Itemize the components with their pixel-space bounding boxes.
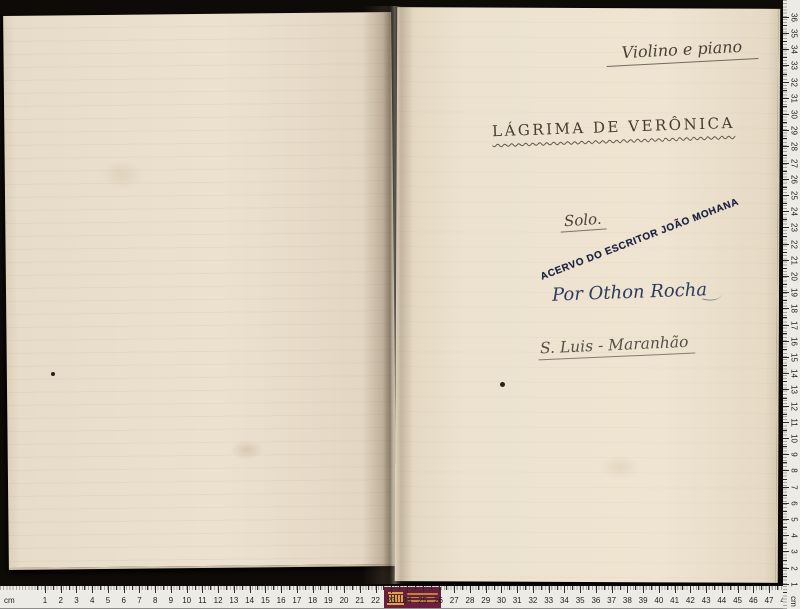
ruler-tick [783,543,787,544]
ruler-tick [313,586,314,593]
ruler-tick [783,389,789,390]
ruler-tick [651,586,652,590]
ruler-number: 4 [90,596,94,605]
ruler-number: 12 [790,399,799,413]
ruler-number: 5 [790,513,799,527]
ruler-number: 25 [418,596,427,605]
ruler-number: 21 [790,253,799,267]
ruler-tick [783,341,789,342]
ruler-number: 42 [686,596,695,605]
ruler-tick [783,106,787,107]
ruler-tick [132,586,133,590]
ink-dot [500,382,505,387]
ruler-tick [783,163,789,164]
ruler-tick [783,284,787,285]
ruler-tick [682,586,683,590]
ruler-tick [783,292,789,293]
ruler-number: 10 [790,432,799,446]
ruler-number: 29 [790,124,799,138]
ruler-tick [320,586,321,590]
ruler-tick [612,586,613,593]
ruler-number: 25 [790,189,799,203]
ruler-tick [61,586,62,593]
ruler-tick [783,446,787,447]
ruler-tick [761,586,762,590]
ruler-tick [783,17,789,18]
ruler-tick [659,586,660,593]
ruler-number: 10 [182,596,191,605]
ruler-tick [783,227,789,228]
ruler-tick [202,586,203,593]
ruler-horizontal: cm 1234567891011121314151617181920212223… [0,586,783,609]
ruler-tick [783,462,787,463]
ruler-tick [783,535,789,536]
ruler-tick [163,586,164,590]
ruler-tick [783,211,789,212]
ruler-tick [557,586,558,590]
ruler-tick [580,586,581,593]
ruler-tick [289,586,290,590]
ruler-tick [352,586,353,590]
ruler-number: 14 [245,596,254,605]
ruler-tick [45,586,46,593]
ruler-number: 35 [576,596,585,605]
ruler-tick [783,511,787,512]
ruler-number: 28 [466,596,475,605]
ruler-tick [454,586,455,593]
ruler-number: 4 [790,529,799,543]
ruler-tick [147,586,148,590]
ruler-tick [783,219,787,220]
ruler-number: 18 [308,596,317,605]
ruler-number: 27 [450,596,459,605]
ruler-number: 46 [749,596,758,605]
ruler-tick [783,98,789,99]
ruler-number: 6 [790,496,799,510]
ruler-tick [423,586,424,593]
ruler-tick [783,179,789,180]
ruler-number: 29 [481,596,490,605]
ruler-tick [769,586,770,593]
ruler-tick [360,586,361,593]
ruler-tick [783,349,787,350]
ruler-tick [698,586,699,590]
ruler-number: 9 [169,596,173,605]
ruler-number: 14 [790,367,799,381]
ruler-tick [783,244,789,245]
ruler-tick [627,586,628,593]
ruler-number: 30 [790,108,799,122]
ruler-tick [344,586,345,593]
ruler-tick [297,586,298,593]
ruler-tick [431,586,432,590]
ruler-tick [171,586,172,593]
ruler-number: 13 [790,383,799,397]
ruler-tick [462,586,463,590]
ruler-tick [415,586,416,590]
ruler-tick [139,586,140,593]
ruler-tick [783,25,787,26]
ruler-number: 2 [59,596,63,605]
ruler-tick [675,586,676,593]
ruler-tick [783,74,787,75]
ruler-tick [525,586,526,590]
ruler-tick [783,495,787,496]
ruler-tick [783,381,787,382]
ruler-tick [783,65,789,66]
ruler-number: 1 [43,596,47,605]
ruler-tick [783,438,789,439]
ruler-tick [783,90,787,91]
ruler-tick [76,586,77,593]
ruler-tick [783,519,789,520]
ruler-number: 22 [371,596,380,605]
ruler-tick [195,586,196,590]
ruler-tick [706,586,707,593]
ruler-number: 6 [121,596,125,605]
ruler-tick [783,82,789,83]
ruler-tick [783,130,789,131]
ruler-number: 7 [790,480,799,494]
ruler-number: 1 [790,577,799,591]
ruler-number: 41 [670,596,679,605]
ruler-number: 19 [324,596,333,605]
ruler-number: 32 [790,75,799,89]
ruler-tick [722,586,723,593]
ruler-tick [572,586,573,590]
ruler-number: 23 [790,221,799,235]
solo-note: Solo. [559,209,606,232]
ruler-number: 2 [790,561,799,575]
ruler-tick [783,195,789,196]
ruler-number: 11 [790,415,799,429]
ruler-tick [494,586,495,590]
ruler-tick [783,422,789,423]
ruler-number: 34 [560,596,569,605]
ruler-tick [783,300,787,301]
ruler-number: 43 [702,596,711,605]
ruler-tick [210,586,211,590]
ink-dot [51,372,55,376]
ruler-number: 31 [790,91,799,105]
ruler-tick [53,586,54,590]
ruler-tick [533,586,534,593]
ruler-tick [69,586,70,590]
ruler-number: 13 [229,596,238,605]
ruler-number: 28 [790,140,799,154]
ruler-number: 3 [790,545,799,559]
ruler-number: 16 [277,596,286,605]
ruler-number: 33 [544,596,553,605]
ruler-number: 45 [733,596,742,605]
ruler-tick [620,586,621,590]
ruler-tick [783,203,787,204]
ruler-number: 17 [292,596,301,605]
ruler-tick [265,586,266,593]
ruler-number: 40 [654,596,663,605]
ruler-tick [604,586,605,590]
ruler-tick [549,586,550,593]
ruler-number: 5 [106,596,110,605]
ruler-tick [234,586,235,593]
ruler-tick [783,276,789,277]
ruler-tick [391,586,392,593]
ruler-number: 24 [790,205,799,219]
ruler-tick [783,146,789,147]
ruler-number: 19 [790,286,799,300]
ruler-tick [783,333,787,334]
ruler-tick [273,586,274,590]
ruler-tick [783,260,789,261]
ruler-tick [446,586,447,590]
ruler-tick [218,586,219,593]
ruler-tick [383,586,384,590]
ruler-tick [783,236,787,237]
ruler-tick [783,155,787,156]
ruler-number: 34 [790,43,799,57]
ruler-tick [783,268,787,269]
ruler-tick [667,586,668,590]
ruler-tick [92,586,93,593]
ruler-tick [730,586,731,590]
ruler-number: 39 [639,596,648,605]
ruler-number: 16 [790,334,799,348]
ruler-number: 22 [790,237,799,251]
ruler-tick [783,592,787,593]
ruler-tick [783,470,789,471]
ruler-tick [509,586,510,590]
ruler-tick [783,357,789,358]
ruler-tick [783,414,787,415]
ruler-number: 27 [790,156,799,170]
ruler-tick [643,586,644,593]
ruler-tick [155,586,156,593]
ruler-tick [783,138,787,139]
ruler-tick [783,308,789,309]
ruler-number: 26 [434,596,443,605]
ruler-tick [250,586,251,593]
ruler-tick [399,586,400,590]
ruler-number: 36 [591,596,600,605]
ruler-unit-label: cm [4,596,15,605]
ruler-tick [783,551,789,552]
ruler-tick [783,398,787,399]
ruler-tick [517,586,518,593]
ruler-tick [783,527,787,528]
ruler-number: 3 [74,596,78,605]
ruler-tick [242,586,243,590]
ruler-number: 15 [790,351,799,365]
ruler-number: 18 [790,302,799,316]
ruler-tick [783,454,789,455]
ruler-tick [745,586,746,590]
ruler-tick [37,586,38,590]
ruler-tick [783,430,787,431]
ruler-tick [407,586,408,593]
ruler-number: 11 [198,596,206,605]
ruler-number: 7 [137,596,141,605]
ruler-tick [783,503,789,504]
ruler-tick [783,365,787,366]
ruler-tick [690,586,691,593]
ruler-tick [783,122,787,123]
ruler-tick [84,586,85,590]
ruler-tick [257,586,258,590]
ruler-tick [124,586,125,593]
ruler-number: 23 [387,596,396,605]
ruler-tick [439,586,440,593]
ruler-tick [783,406,789,407]
ruler-vertical: cm 1234567891011121314151617181920212223… [783,0,800,609]
ruler-number: 21 [355,596,364,605]
ruler-tick [783,576,787,577]
ruler-number: 31 [513,596,522,605]
ruler-tick [783,325,789,326]
ruler-number: 24 [403,596,412,605]
ruler-number: 17 [790,318,799,332]
ruler-tick [738,586,739,593]
ruler-tick [564,586,565,593]
ruler-number: 32 [528,596,537,605]
ruler-tick [501,586,502,593]
ruler-tick [328,586,329,593]
ruler-tick [478,586,479,590]
ruler-number: 30 [497,596,506,605]
ruler-tick [714,586,715,590]
ruler-tick [783,584,789,585]
ruler-number: 36 [790,10,799,24]
book-page-left [3,12,397,570]
ruler-tick [783,479,787,480]
ruler-number: 38 [623,596,632,605]
ruler-tick [783,252,787,253]
ruler-tick [783,317,787,318]
ruler-tick [108,586,109,593]
ruler-tick [783,373,789,374]
ruler-tick [541,586,542,590]
ruler-number: 15 [261,596,270,605]
ruler-number: 47 [765,596,774,605]
ruler-tick [596,586,597,593]
ruler-number: 9 [790,448,799,462]
ruler-number: 12 [214,596,223,605]
ruler-tick [179,586,180,590]
ruler-tick [368,586,369,590]
ruler-number: 37 [607,596,616,605]
ruler-tick [783,57,787,58]
ruler-number: 20 [340,596,349,605]
ruler-tick [783,560,787,561]
ruler-tick [783,487,789,488]
ruler-number: 20 [790,270,799,284]
ruler-tick [783,49,789,50]
ruler-tick [100,586,101,590]
ruler-tick [116,586,117,590]
ruler-number: 33 [790,59,799,73]
ruler-tick [281,586,282,593]
ruler-tick [783,171,787,172]
ruler-number: 26 [790,172,799,186]
ruler-tick [376,586,377,593]
ruler-tick [336,586,337,590]
ruler-number: 8 [790,464,799,478]
ruler-tick [783,568,789,569]
ruler-number: 44 [717,596,726,605]
ruler-number: 8 [153,596,157,605]
scanned-document: Violino e piano LÁGRIMA DE VERÔNICA Solo… [0,0,800,609]
ruler-tick [470,586,471,593]
ruler-tick [588,586,589,590]
ruler-tick [783,187,787,188]
ruler-unit-label: cm [789,596,798,607]
ruler-tick [305,586,306,590]
ruler-number: 35 [790,27,799,41]
ruler-tick [635,586,636,590]
ruler-tick [783,41,787,42]
ruler-tick [783,33,789,34]
ruler-tick [187,586,188,593]
ruler-tick [753,586,754,593]
ruler-tick [226,586,227,590]
ruler-tick [777,586,778,590]
ruler-tick [783,114,789,115]
ruler-tick [486,586,487,593]
